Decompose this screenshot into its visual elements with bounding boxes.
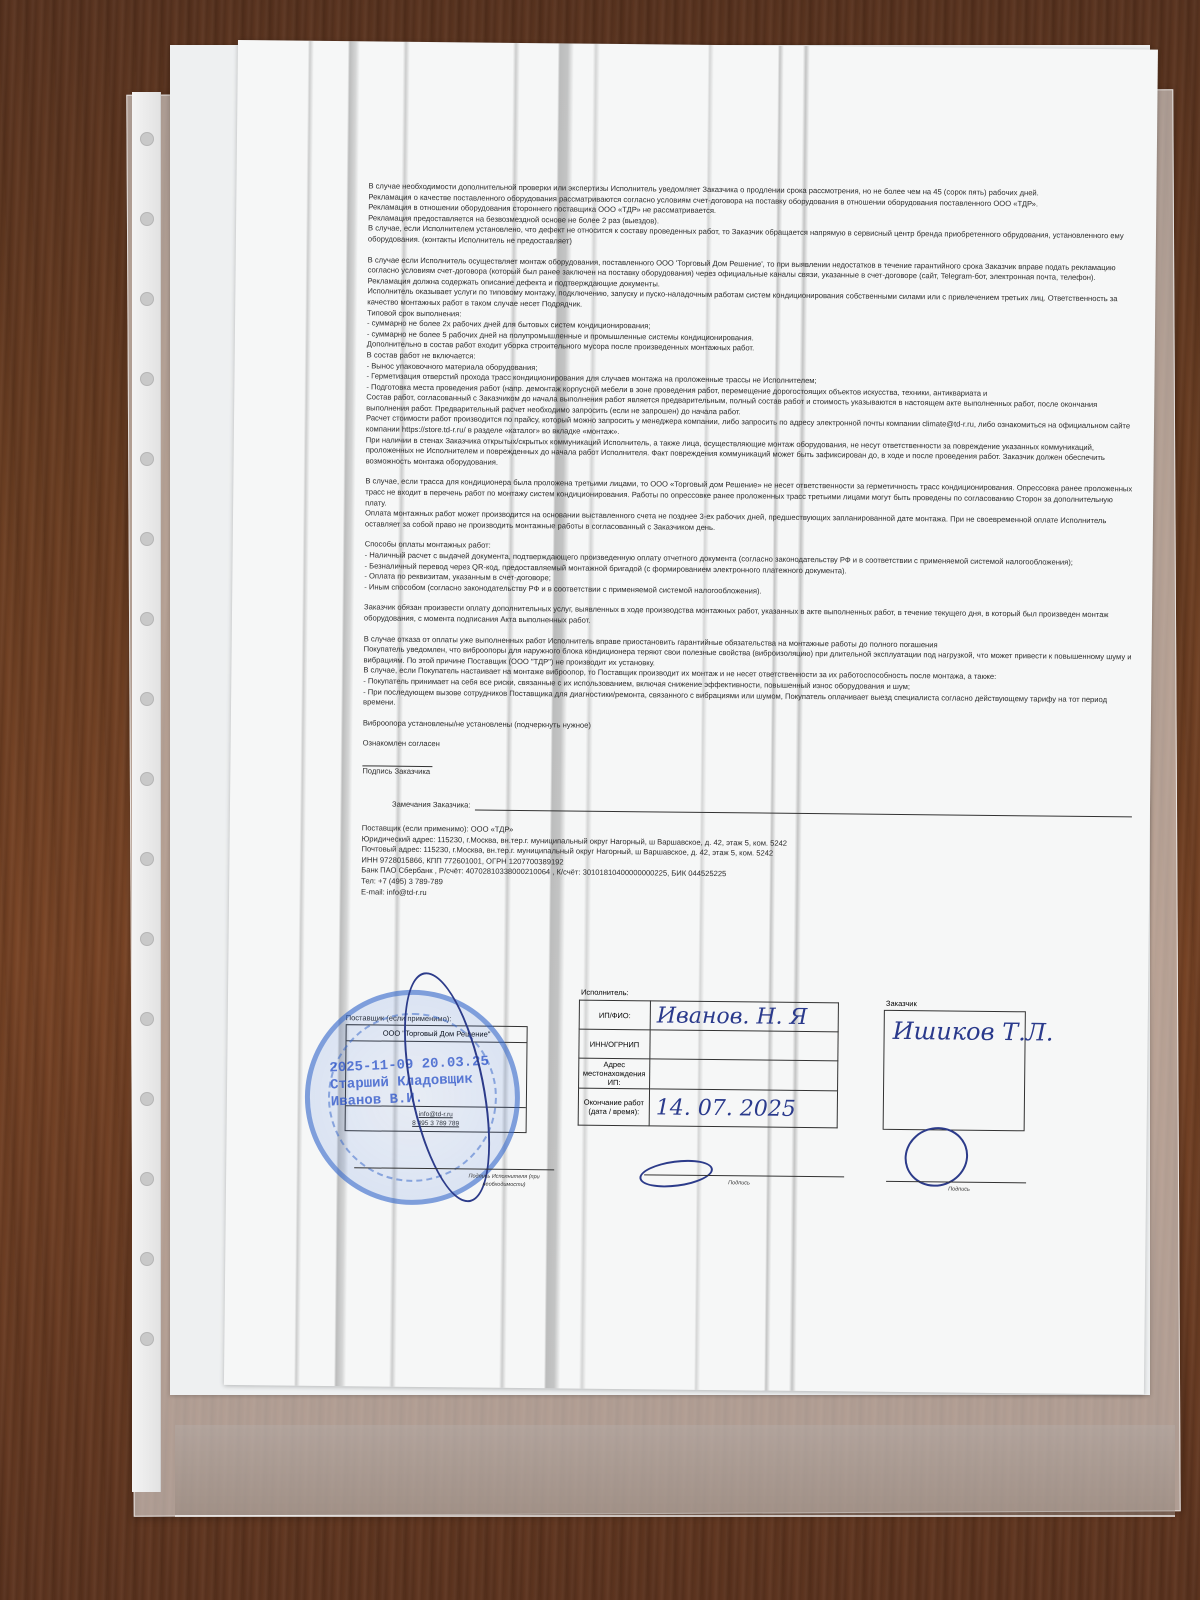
executor-address-key: Адрес местонахождения ИП: — [579, 1058, 650, 1089]
installation-section: В случае если Исполнитель осуществляет м… — [366, 255, 1138, 475]
executor-name-key: ИП/ФИО: — [579, 1000, 650, 1030]
punch-hole — [140, 132, 154, 146]
remarks-field: Замечания Заказчика: — [392, 799, 1132, 817]
customer-block: Заказчик Ишиков Т.Л. Подпись — [346, 979, 1146, 987]
refusal-section: В случае отказа от оплаты уже выполненны… — [363, 634, 1134, 716]
document-body: В случае необходимости дополнительной пр… — [361, 181, 1138, 905]
customer-label: Заказчик — [886, 999, 917, 1008]
punch-hole — [140, 612, 154, 626]
third-party-section: В случае, если трасса для кондиционера б… — [365, 477, 1136, 538]
executor-block: Исполнитель: ИП/ФИО: Иванов. Н. Я ИНН/ОГ… — [346, 979, 1146, 987]
punch-hole — [140, 532, 154, 546]
remarks-label: Замечания Заказчика: — [392, 799, 471, 810]
punch-hole — [140, 772, 154, 786]
punch-hole — [140, 1092, 154, 1106]
executor-inn-key: ИНН/ОГРНИП — [579, 1029, 650, 1059]
executor-signature-caption: Подпись — [719, 1179, 759, 1187]
executor-name-handwritten: Иванов. Н. Я — [650, 1001, 838, 1032]
customer-signature-caption: Подпись — [939, 1185, 979, 1193]
punch-hole — [140, 852, 154, 866]
supplier-details: Поставщик (если применимо): ООО «ТДР» Юр… — [361, 823, 1132, 905]
table-row: ИНН/ОГРНИП — [579, 1029, 838, 1061]
executor-label: Исполнитель: — [581, 988, 629, 997]
punch-hole — [140, 1012, 154, 1026]
punch-hole — [140, 1252, 154, 1266]
executor-address-value — [650, 1059, 838, 1091]
customer-box: Ишиков Т.Л. — [883, 1010, 1026, 1131]
customer-signature-caption: Подпись Заказчика — [362, 766, 1132, 785]
sleeve-punch-strip — [132, 92, 161, 1492]
customer-signature-line — [886, 1181, 1026, 1183]
remarks-line — [474, 801, 1132, 818]
punch-hole — [140, 1332, 154, 1346]
punch-hole — [140, 1172, 154, 1186]
punch-hole — [140, 452, 154, 466]
punch-hole — [140, 932, 154, 946]
executor-inn-value — [650, 1030, 838, 1061]
supplier-signature-block: Поставщик (если применимо): ООО "Торговы… — [346, 979, 1146, 987]
punch-hole — [140, 292, 154, 306]
signature-area: Поставщик (если применимо): ООО "Торговы… — [344, 979, 1146, 1207]
supplier-signature-caption: Подпись Исполнителя (при необходимости) — [464, 1172, 544, 1189]
payment-methods-section: Способы оплаты монтажных работ: - Наличн… — [364, 540, 1135, 601]
document-page: В случае необходимости дополнительной пр… — [224, 40, 1158, 1395]
punch-hole — [140, 212, 154, 226]
table-row: ИП/ФИО: Иванов. Н. Я — [579, 1000, 838, 1032]
punch-hole — [140, 372, 154, 386]
executor-end-date-key: Окончание работ (дата / время): — [578, 1088, 649, 1126]
customer-name-handwritten: Ишиков Т.Л. — [887, 1017, 1054, 1047]
sleeve-bottom-fold — [175, 1425, 1175, 1517]
claims-section: В случае необходимости дополнительной пр… — [368, 181, 1139, 253]
executor-end-date-handwritten: 14. 07. 2025 — [649, 1089, 837, 1128]
table-row: Окончание работ (дата / время): 14. 07. … — [578, 1088, 837, 1128]
punch-hole — [140, 692, 154, 706]
executor-table: ИП/ФИО: Иванов. Н. Я ИНН/ОГРНИП Адрес ме… — [578, 1000, 839, 1129]
table-row: Адрес местонахождения ИП: — [579, 1058, 838, 1091]
